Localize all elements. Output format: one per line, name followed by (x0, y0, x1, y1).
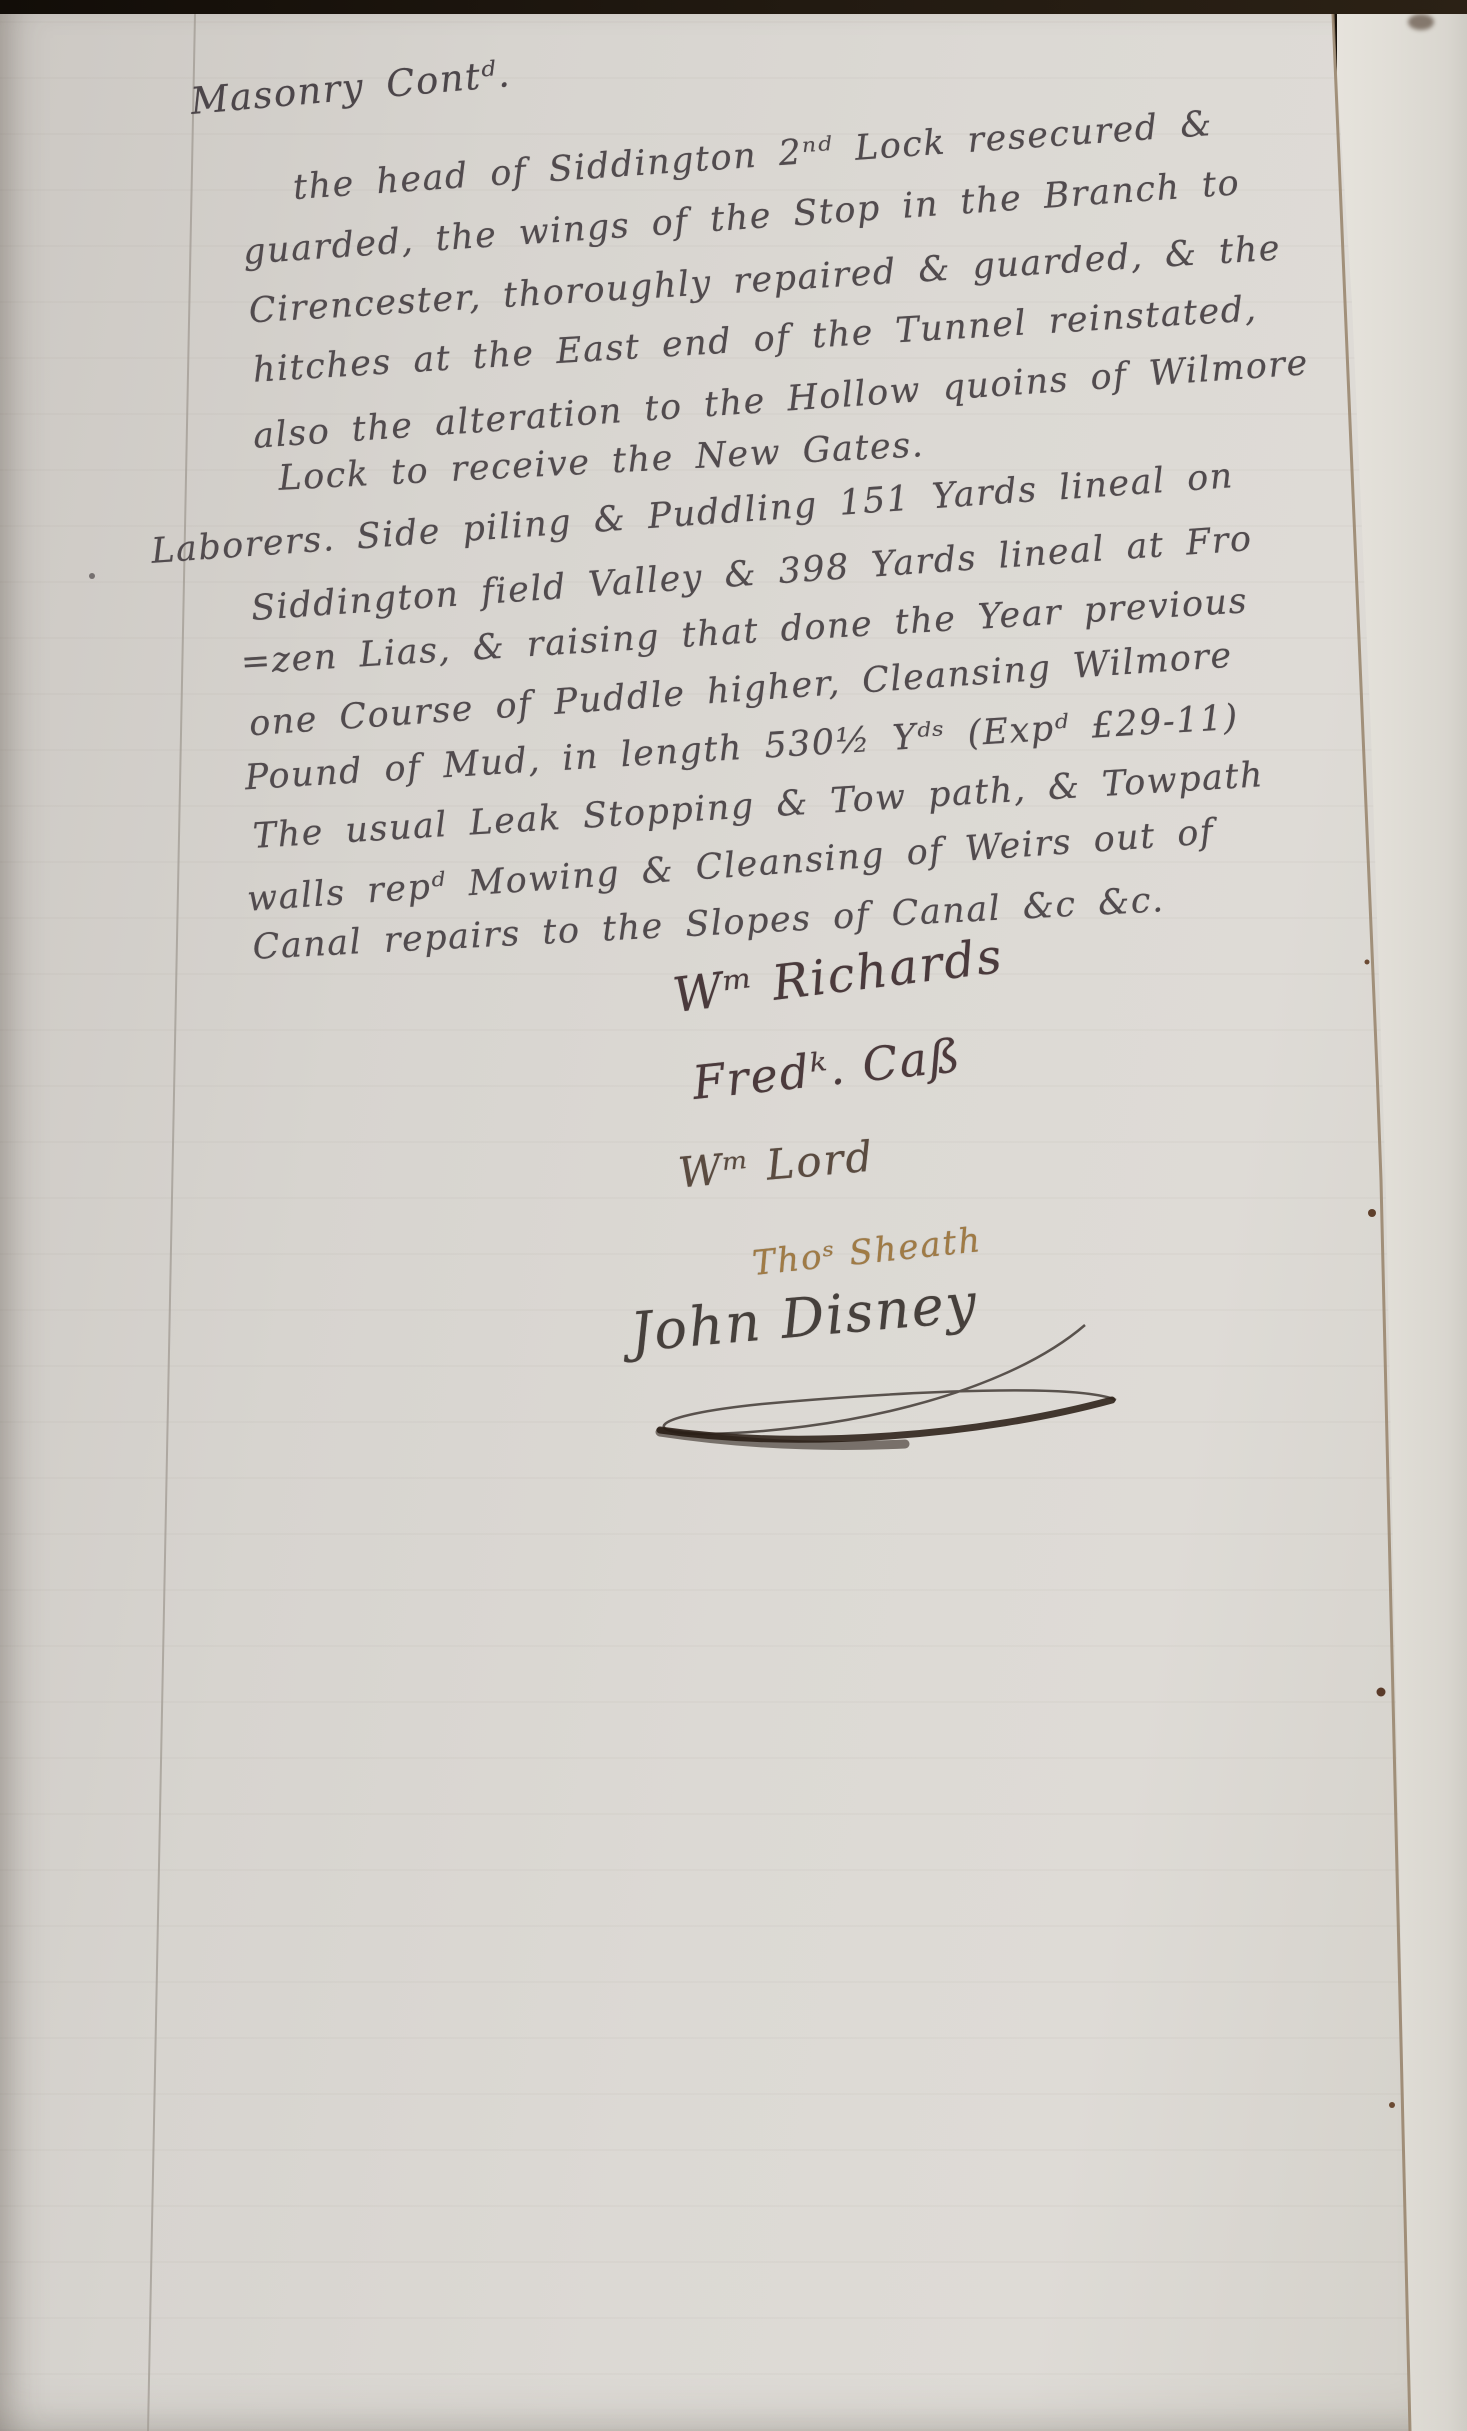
page-corner-shadow (1408, 14, 1434, 30)
photographed-manuscript: Masonry Contᵈ. the head of Siddington 2ⁿ… (0, 0, 1467, 2431)
photo-background-top (0, 0, 1467, 14)
